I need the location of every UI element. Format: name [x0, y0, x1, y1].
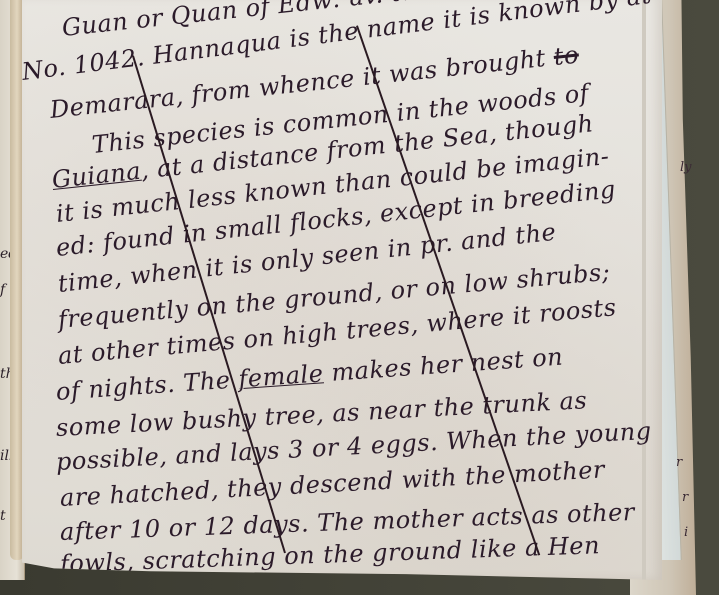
underlined-word: Guiana [51, 157, 143, 194]
left-margin-fragment: f [0, 282, 5, 298]
underlined-word: female [238, 359, 325, 393]
right-margin-fragment: r [682, 490, 688, 505]
struck-word: to [552, 41, 580, 71]
left-margin-fragment: t [0, 508, 6, 524]
specimen-number: No. 1042. [20, 43, 146, 86]
right-margin-fragment: i [684, 525, 688, 540]
right-margin-fragment: ly [680, 160, 692, 175]
line-text: makes her nest on [322, 343, 564, 388]
manuscript-page: Guan or Quan of Edw: av. t. 13. ... No. … [22, 0, 662, 580]
page-edge [642, 0, 646, 580]
line-text: of nights. The [55, 365, 239, 406]
book-spine-fold [10, 0, 24, 560]
right-margin-fragments: a ly r r i [680, 0, 710, 595]
right-margin-fragment: r [676, 455, 682, 470]
